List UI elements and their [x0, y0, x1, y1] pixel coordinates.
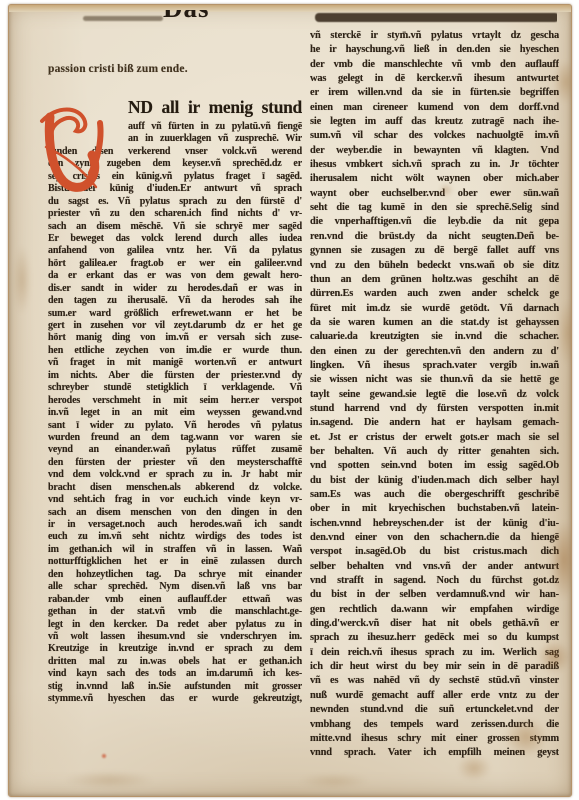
text-line: der vmb die manschlechte vñ vmb den aufl…: [310, 58, 559, 72]
text-line: ober in mit kryechischen buchstaben.vñ l…: [310, 502, 559, 516]
text-line: den tagen zu iherusalē. Vñ da herodes sa…: [48, 295, 302, 307]
text-line: priester vñ zu den scharen.ich find nich…: [48, 208, 302, 220]
text-line: vñ fraget in mit manigē worten.vñ er ant…: [48, 357, 302, 369]
foxing-stain: [299, 773, 369, 789]
text-line: vnd seht.ich frag in vor euch.ich vinde …: [48, 494, 302, 506]
cropped-headline: Das: [23, 10, 557, 24]
text-line: sum.vñ vil schar des volckes nachuolgtē …: [310, 129, 559, 143]
text-line: stig in.vnnd laß in.Sie aufstunden mit g…: [48, 681, 302, 693]
text-line: veynd an einander.wañ pylatus rüffet zus…: [48, 444, 302, 456]
text-line: die vnperhafftigen.vñ die leyb.die da ni…: [310, 215, 559, 229]
right-column-body: vñ sterckē ir stym̄.vñ pylatus vrtaylt d…: [310, 29, 559, 761]
foxing-stain: [537, 640, 571, 674]
text-line: stymme.vñ hyeschen das er wurde gekreutz…: [48, 693, 302, 705]
text-line: dritten mal zu in.was obels hat er getha…: [48, 656, 302, 668]
text-line: was gelegt in dē kercker.vñ ihesum antwu…: [310, 72, 559, 86]
text-line: waynt ober euchselber.vnd ober ewer sün.…: [310, 187, 559, 201]
text-line: du bist der künig d'iuden.mach dich selb…: [310, 474, 559, 488]
text-line: anfahend von galilea vntz her. Vñ da pyl…: [48, 245, 302, 257]
text-line: selber behalten vnd vns.vñ der ander ant…: [310, 560, 559, 574]
text-line: newnden stund.vnd die suñ ertunckelet.vn…: [310, 703, 559, 717]
text-line: auff vñ fürten in zu pylatū.vñ fiengē: [128, 121, 302, 133]
foxing-stain: [13, 245, 31, 315]
text-line: raban.der vmb einen auflauff.der ettwañ …: [48, 594, 302, 606]
text-line: vind kayn sach des tods an im.darumñ ich…: [48, 668, 302, 680]
text-line: ding.d'werck.vñ diser hat nit obels geth…: [310, 617, 559, 631]
foxing-stain: [553, 60, 572, 104]
text-line: lingken. Vñ ihesus sprach.vater vergib i…: [310, 359, 559, 373]
text-line: verspot in.sagēd.Ob du bist cristus.mach…: [310, 545, 559, 559]
text-line: euch zu im.vñ seht nichtz wirdigs des to…: [48, 531, 302, 543]
manuscript-leaf: Das passion cristi biß zum ende. ND all …: [8, 4, 572, 797]
text-line: den hohzeytlichen tag. Da schrye mit ein…: [48, 569, 302, 581]
text-line: herodes verschmeht in mit seim herr.er v…: [48, 395, 302, 407]
text-line: notturfftigklichen het er in einē zulass…: [48, 556, 302, 568]
left-text-column: passion cristi biß zum ende. ND all ir m…: [48, 63, 302, 706]
red-ink-fleck: [101, 753, 107, 759]
text-line: füret mit im.dz sie wurdē getödt. Vñ dar…: [310, 302, 559, 316]
text-line: vnd strafft in sagend. Noch du fürchst g…: [310, 574, 559, 588]
right-text-column: vñ sterckē ir stym̄.vñ pylatus vrtaylt d…: [310, 29, 559, 761]
text-line: sant ī wider zu pylato. Vñ herodes vñ py…: [48, 420, 302, 432]
text-line: iherusalem nicht wölt waynen ober mich.a…: [310, 172, 559, 186]
opening-large-line: ND all ir menig stund: [128, 97, 302, 121]
text-line: da sie waren kumen an die stat.dy ist ge…: [310, 316, 559, 330]
text-line: in.sagend. Die andern hat er haylsam gem…: [310, 416, 559, 430]
lombard-initial-icon: [38, 103, 124, 203]
text-line: vnd spotten sein.vnd boten im essig sagē…: [310, 459, 559, 473]
text-line: in.vñ leget in an mit eim weyssen gewand…: [48, 407, 302, 419]
text-line: wurden freund an dem tag.wann vor waren …: [48, 432, 302, 444]
text-line: vñ wolt lassen ihesum.vnd sie vnderschry…: [48, 631, 302, 643]
text-line: den.vnd einer von den schachern.die da h…: [310, 531, 559, 545]
text-line: alle schar sprechēd. Nym disen.vñ laß vn…: [48, 581, 302, 593]
text-line: einen man cireneer kumend von dem dorff.…: [310, 101, 559, 115]
headline-ink-smear-left: [83, 16, 163, 21]
text-line: im gethan.ich wil in straffen vñ in lass…: [48, 544, 302, 556]
text-line: hen ettliche zeychen von im.die er wurde…: [48, 345, 302, 357]
text-line: den einen zu der gerechten.vñ den andern…: [310, 345, 559, 359]
headline-text-fragment: Das: [163, 10, 210, 24]
text-line: der weyber.die in bewaynten vñ klagten. …: [310, 144, 559, 158]
text-line: thun an dem grünen holtz.was geschiht an…: [310, 273, 559, 287]
foxing-stain: [504, 717, 548, 757]
text-line: ir in versaget.noch auch herodes.wañ ich…: [48, 519, 302, 531]
text-line: ich dir heut wirst du bey mir sein in dē…: [310, 660, 559, 674]
red-initial-V: [38, 103, 124, 203]
text-line: vnd dem volck.vnd er sprach zu in. Jr ha…: [48, 469, 302, 481]
text-line: sie legten im auff das kreutz zutragē na…: [310, 115, 559, 129]
foxing-stain: [549, 520, 572, 600]
text-line: et. Jst er cristus der erwelt gots.er ma…: [310, 431, 559, 445]
text-line: sum.er ward größlich erfrewet.wann er he…: [48, 308, 302, 320]
text-line: seht die tag kumē in den sie sprechē.Sel…: [310, 201, 559, 215]
scan-background: Das passion cristi biß zum ende. ND all …: [0, 0, 579, 800]
text-line: ihesus vmbkert sich.vñ sprach zu in. Jr …: [310, 158, 559, 172]
text-line: gynnen sie zusagen zu dē bergē fallet au…: [310, 244, 559, 258]
text-line: Er beweget das volck lerend durch alles …: [48, 233, 302, 245]
foxing-stain: [64, 771, 154, 789]
text-line: gen rechtlich da.wann wir empfahen wirdi…: [310, 603, 559, 617]
text-line: ischen.vnnd hebreyschen.der ist der küni…: [310, 517, 559, 531]
text-line: nuß wurdē gemacht auff aller erde vntz z…: [310, 689, 559, 703]
text-line: stund harrend vnd dy fürsten verspotten …: [310, 402, 559, 416]
text-line: gethan in der stat.vñ vmb die manschlach…: [48, 606, 302, 618]
foxing-stain: [457, 755, 491, 781]
left-column-body: funden disen verkerend vnser volck.vñ we…: [48, 146, 302, 706]
text-line: er irem willen.vnd da sie in fürten.sie …: [310, 86, 559, 100]
text-line: ber behalten. Vñ auch dy ritter genahten…: [310, 445, 559, 459]
text-line: sach an disem mēschē. Vñ sie schryē mer …: [48, 221, 302, 233]
text-line: ī dein reich.vñ ihesus sprach zu im. Wer…: [310, 646, 559, 660]
text-line: gert in zusehen vor vil zeyt.darumb dz e…: [48, 320, 302, 332]
foxing-stain: [557, 300, 572, 366]
text-line: hört manig ding von im.vñ er versah sich…: [48, 332, 302, 344]
text-line: taylt seine gewand.sie legtē die lose.vñ…: [310, 388, 559, 402]
text-line: legt in den kercker. Da redet aber pylat…: [48, 619, 302, 631]
text-line: hört galilea.er fragt.ob er wer ein gali…: [48, 258, 302, 270]
text-line: schreyber stundē stetigklich ī verklagen…: [48, 382, 302, 394]
text-line: vñ es was nahēd vñ dy sechstē stūd.vñ vi…: [310, 674, 559, 688]
text-line: sam.Es was auch die obergeschrifft gesch…: [310, 488, 559, 502]
text-line: sach an disem menschen von den dingen in…: [48, 507, 302, 519]
text-line: bracht disen menschen.als abkerend dz vo…: [48, 482, 302, 494]
text-line: Kreutzige in kreutzige in.vnd er sprach …: [48, 643, 302, 655]
headline-ink-smear: [315, 13, 557, 22]
text-line: im nichts. Aber die fürsten der priester…: [48, 370, 302, 382]
text-line: den fürsten der priester vñ den meysters…: [48, 457, 302, 469]
text-line: ren.vnd die brüst.dy da nicht seugten.De…: [310, 230, 559, 244]
text-line: caluarie.da kreutzigten sie in.vnd die s…: [310, 330, 559, 344]
text-line: he ir hayschung.vñ ließ in den.den sie h…: [310, 43, 559, 57]
text-line: dis.er sandt in wider zu herodes.dañ er …: [48, 283, 302, 295]
text-line: dürren.Es warden auch zwen ander schelck…: [310, 287, 559, 301]
text-line: vñ sterckē ir stym̄.vñ pylatus vrtaylt d…: [310, 29, 559, 43]
text-line: da er erkant das er was von dem gewalt h…: [48, 270, 302, 282]
text-line: sprach zu ihesuz.herr gedēck mei so du k…: [310, 631, 559, 645]
foxing-stain: [439, 183, 453, 197]
text-line: sie wissen nicht was sie thun.vñ da sie …: [310, 373, 559, 387]
rubric-line: passion cristi biß zum ende.: [48, 63, 302, 79]
text-line: du bist in der selben verdamnuß.vnd wir …: [310, 588, 559, 602]
text-line: an in zuuerklagen vñ zusprechē. Wir: [128, 133, 302, 145]
text-line: vnd zu den büheln bedeckt vns.wañ ob sie…: [310, 259, 559, 273]
